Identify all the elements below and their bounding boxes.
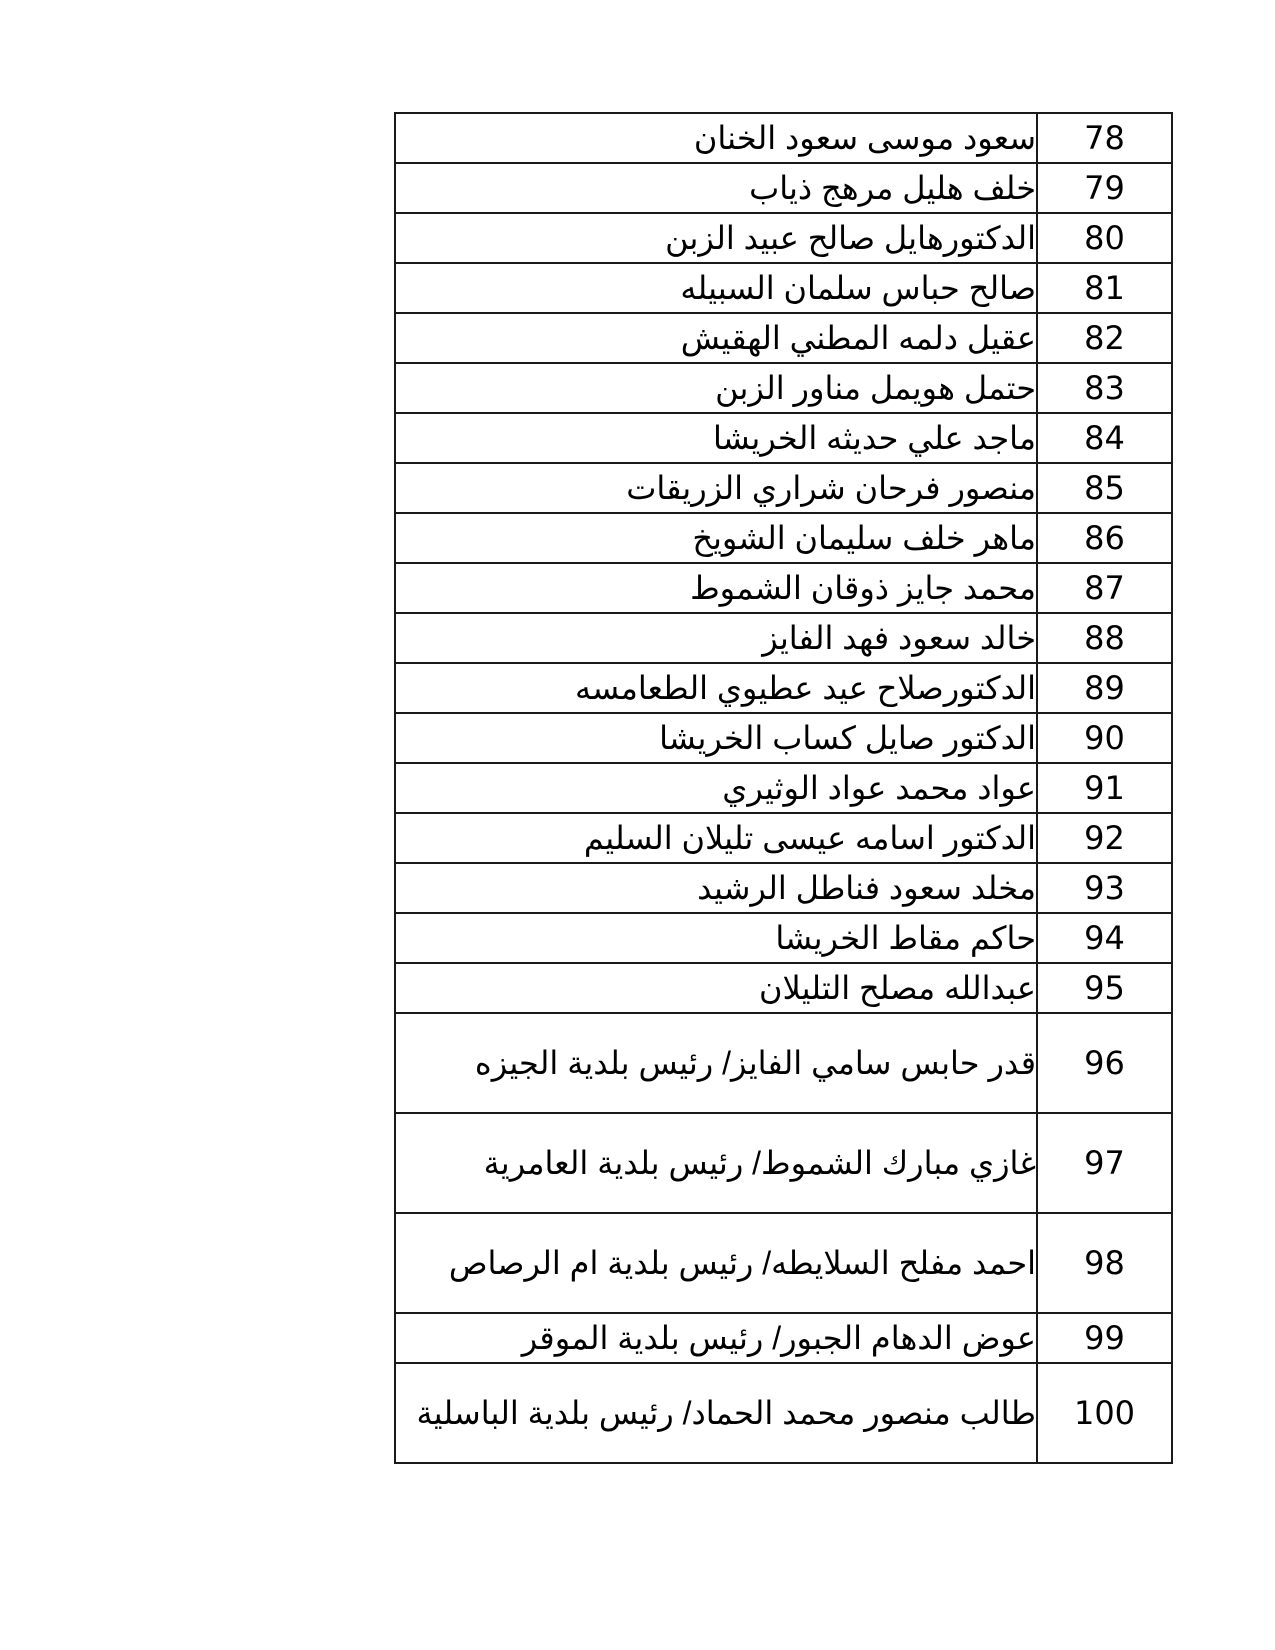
- table-row: ماجد علي حديثه الخريشا84: [395, 413, 1172, 463]
- name-cell: ماهر خلف سليمان الشويخ: [395, 513, 1037, 563]
- table-row: الدكتور اسامه عيسى تليلان السليم92: [395, 813, 1172, 863]
- name-cell: ماجد علي حديثه الخريشا: [395, 413, 1037, 463]
- table-row: منصور فرحان شراري الزريقات85: [395, 463, 1172, 513]
- number-cell: 93: [1037, 863, 1172, 913]
- table-row: خلف هليل مرهج ذياب79: [395, 163, 1172, 213]
- number-cell: 94: [1037, 913, 1172, 963]
- name-cell: صالح حباس سلمان السبيله: [395, 263, 1037, 313]
- table-row: سعود موسى سعود الخنان78: [395, 113, 1172, 163]
- number-cell: 98: [1037, 1213, 1172, 1313]
- number-cell: 85: [1037, 463, 1172, 513]
- number-cell: 97: [1037, 1113, 1172, 1213]
- name-cell: الدكتور صايل كساب الخريشا: [395, 713, 1037, 763]
- name-cell: عوض الدهام الجبور/ رئيس بلدية الموقر: [395, 1313, 1037, 1363]
- number-cell: 91: [1037, 763, 1172, 813]
- name-cell: الدكتور اسامه عيسى تليلان السليم: [395, 813, 1037, 863]
- table-row: الدكتور صايل كساب الخريشا90: [395, 713, 1172, 763]
- number-cell: 99: [1037, 1313, 1172, 1363]
- name-cell: خالد سعود فهد الفايز: [395, 613, 1037, 663]
- name-cell: غازي مبارك الشموط/ رئيس بلدية العامرية: [395, 1113, 1037, 1213]
- table-row: خالد سعود فهد الفايز88: [395, 613, 1172, 663]
- names-table-body: سعود موسى سعود الخنان78 خلف هليل مرهج ذي…: [395, 113, 1172, 1463]
- table-row: قدر حابس سامي الفايز/ رئيس بلدية الجيزه9…: [395, 1013, 1172, 1113]
- number-cell: 90: [1037, 713, 1172, 763]
- name-cell: حاكم مقاط الخريشا: [395, 913, 1037, 963]
- number-cell: 96: [1037, 1013, 1172, 1113]
- table-row: الدكتورهايل صالح عبيد الزبن80: [395, 213, 1172, 263]
- number-cell: 80: [1037, 213, 1172, 263]
- table-row: محمد جايز ذوقان الشموط87: [395, 563, 1172, 613]
- names-table: سعود موسى سعود الخنان78 خلف هليل مرهج ذي…: [394, 112, 1173, 1464]
- name-cell: عواد محمد عواد الوثيري: [395, 763, 1037, 813]
- number-cell: 88: [1037, 613, 1172, 663]
- name-cell: مخلد سعود فناطل الرشيد: [395, 863, 1037, 913]
- table-row: عبدالله مصلح التليلان95: [395, 963, 1172, 1013]
- number-cell: 86: [1037, 513, 1172, 563]
- number-cell: 78: [1037, 113, 1172, 163]
- table-row: ماهر خلف سليمان الشويخ86: [395, 513, 1172, 563]
- table-row: طالب منصور محمد الحماد/ رئيس بلدية الباس…: [395, 1363, 1172, 1463]
- table-row: صالح حباس سلمان السبيله81: [395, 263, 1172, 313]
- name-cell: خلف هليل مرهج ذياب: [395, 163, 1037, 213]
- table-row: مخلد سعود فناطل الرشيد93: [395, 863, 1172, 913]
- name-cell: احمد مفلح السلايطه/ رئيس بلدية ام الرصاص: [395, 1213, 1037, 1313]
- table-row: عواد محمد عواد الوثيري91: [395, 763, 1172, 813]
- name-cell: الدكتورصلاح عيد عطيوي الطعامسه: [395, 663, 1037, 713]
- table-row: حتمل هويمل مناور الزبن83: [395, 363, 1172, 413]
- table-row: الدكتورصلاح عيد عطيوي الطعامسه89: [395, 663, 1172, 713]
- number-cell: 95: [1037, 963, 1172, 1013]
- table-row: حاكم مقاط الخريشا94: [395, 913, 1172, 963]
- name-cell: عبدالله مصلح التليلان: [395, 963, 1037, 1013]
- name-cell: منصور فرحان شراري الزريقات: [395, 463, 1037, 513]
- number-cell: 83: [1037, 363, 1172, 413]
- number-cell: 84: [1037, 413, 1172, 463]
- number-cell: 79: [1037, 163, 1172, 213]
- number-cell: 100: [1037, 1363, 1172, 1463]
- number-cell: 92: [1037, 813, 1172, 863]
- document-page: سعود موسى سعود الخنان78 خلف هليل مرهج ذي…: [0, 0, 1275, 1650]
- name-cell: الدكتورهايل صالح عبيد الزبن: [395, 213, 1037, 263]
- table-row: عوض الدهام الجبور/ رئيس بلدية الموقر99: [395, 1313, 1172, 1363]
- name-cell: عقيل دلمه المطني الهقيش: [395, 313, 1037, 363]
- table-row: عقيل دلمه المطني الهقيش82: [395, 313, 1172, 363]
- table-row: غازي مبارك الشموط/ رئيس بلدية العامرية97: [395, 1113, 1172, 1213]
- number-cell: 82: [1037, 313, 1172, 363]
- name-cell: محمد جايز ذوقان الشموط: [395, 563, 1037, 613]
- table-row: احمد مفلح السلايطه/ رئيس بلدية ام الرصاص…: [395, 1213, 1172, 1313]
- name-cell: حتمل هويمل مناور الزبن: [395, 363, 1037, 413]
- name-cell: طالب منصور محمد الحماد/ رئيس بلدية الباس…: [395, 1363, 1037, 1463]
- number-cell: 87: [1037, 563, 1172, 613]
- number-cell: 81: [1037, 263, 1172, 313]
- name-cell: سعود موسى سعود الخنان: [395, 113, 1037, 163]
- name-cell: قدر حابس سامي الفايز/ رئيس بلدية الجيزه: [395, 1013, 1037, 1113]
- number-cell: 89: [1037, 663, 1172, 713]
